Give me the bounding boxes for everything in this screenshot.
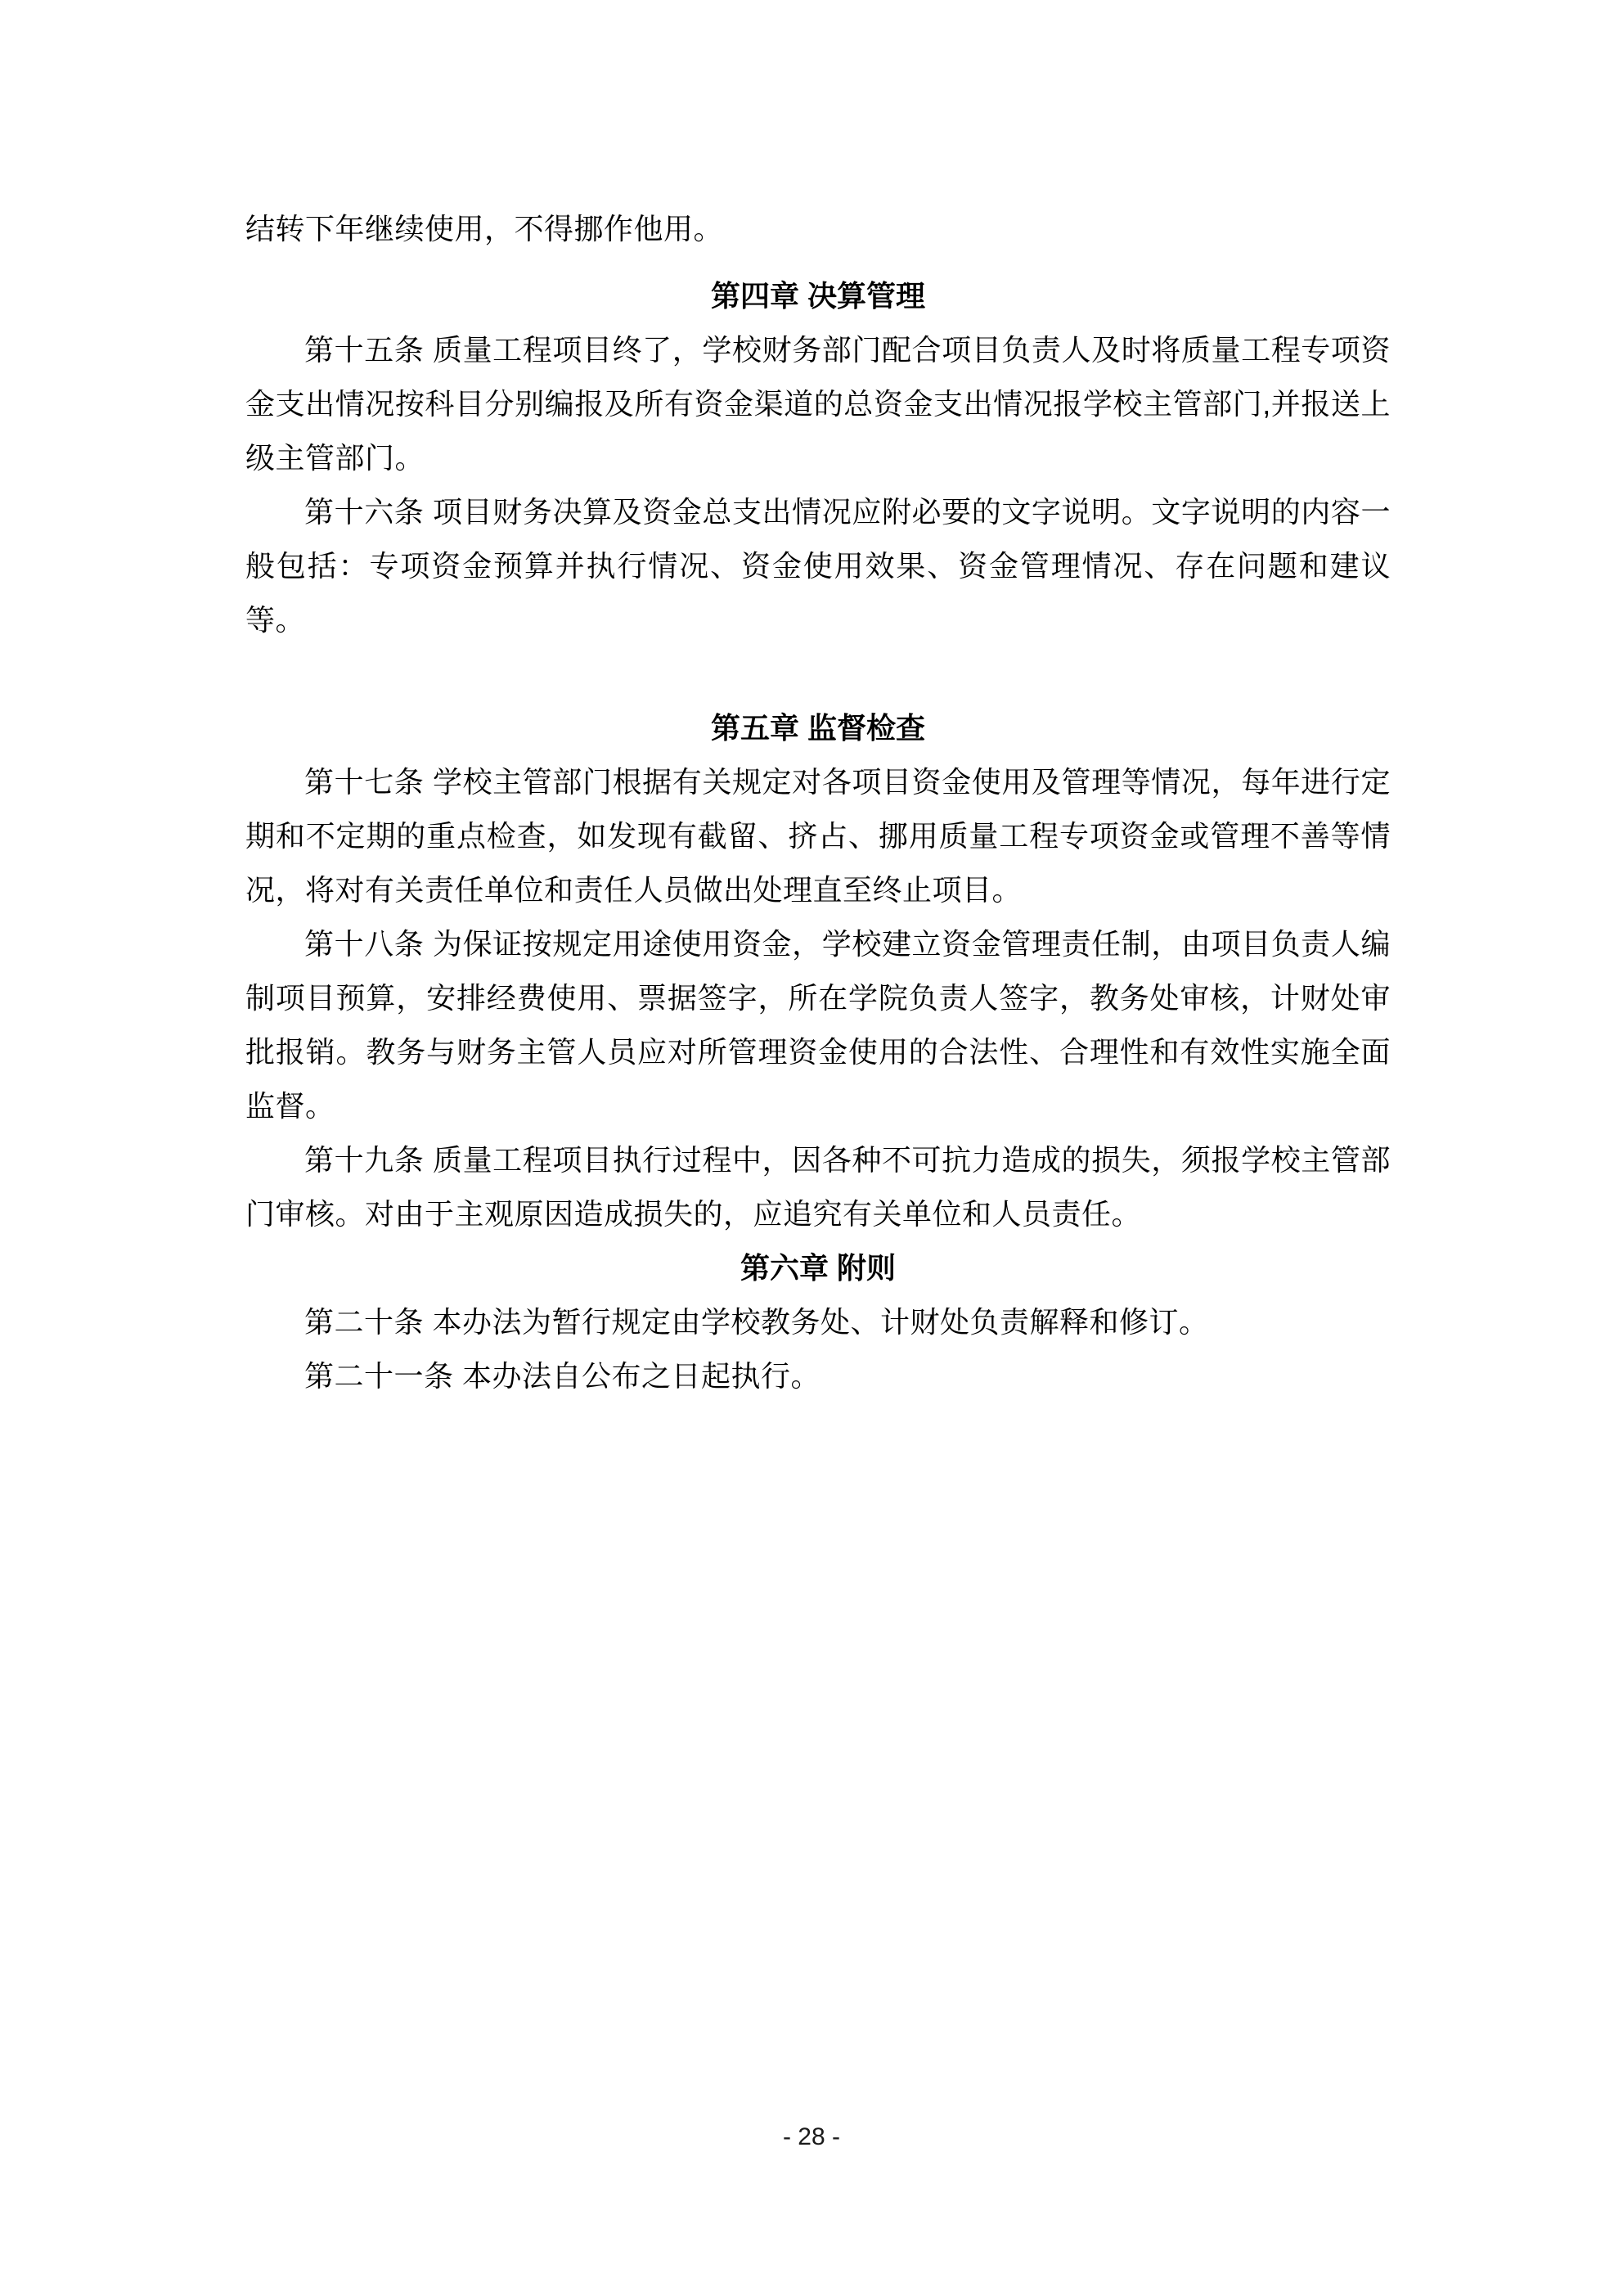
article-21-paragraph: 第二十一条 本办法自公布之日起执行。 [245,1349,1391,1403]
paragraph-carryover: 结转下年继续使用，不得挪作他用。 [245,202,1391,256]
chapter-5-heading: 第五章 监督检查 [245,701,1391,755]
chapter-4-heading: 第四章 决算管理 [245,269,1391,323]
article-18-paragraph: 第十八条 为保证按规定用途使用资金，学校建立资金管理责任制，由项目负责人编制项目… [245,917,1391,1133]
article-19-paragraph: 第十九条 质量工程项目执行过程中，因各种不可抗力造成的损失，须报学校主管部门审核… [245,1133,1391,1241]
article-15-paragraph: 第十五条 质量工程项目终了，学校财务部门配合项目负责人及时将质量工程专项资金支出… [245,323,1391,485]
article-17-paragraph: 第十七条 学校主管部门根据有关规定对各项目资金使用及管理等情况，每年进行定期和不… [245,755,1391,917]
article-20-paragraph: 第二十条 本办法为暂行规定由学校教务处、计财处负责解释和修订。 [245,1295,1391,1349]
page-number: - 28 - [0,2121,1623,2154]
document-body: 结转下年继续使用，不得挪作他用。 第四章 决算管理 第十五条 质量工程项目终了，… [245,202,1391,1403]
article-16-paragraph: 第十六条 项目财务决算及资金总支出情况应附必要的文字说明。文字说明的内容一般包括… [245,485,1391,647]
chapter-6-heading: 第六章 附则 [245,1241,1391,1295]
document-page: 结转下年继续使用，不得挪作他用。 第四章 决算管理 第十五条 质量工程项目终了，… [0,0,1623,2296]
